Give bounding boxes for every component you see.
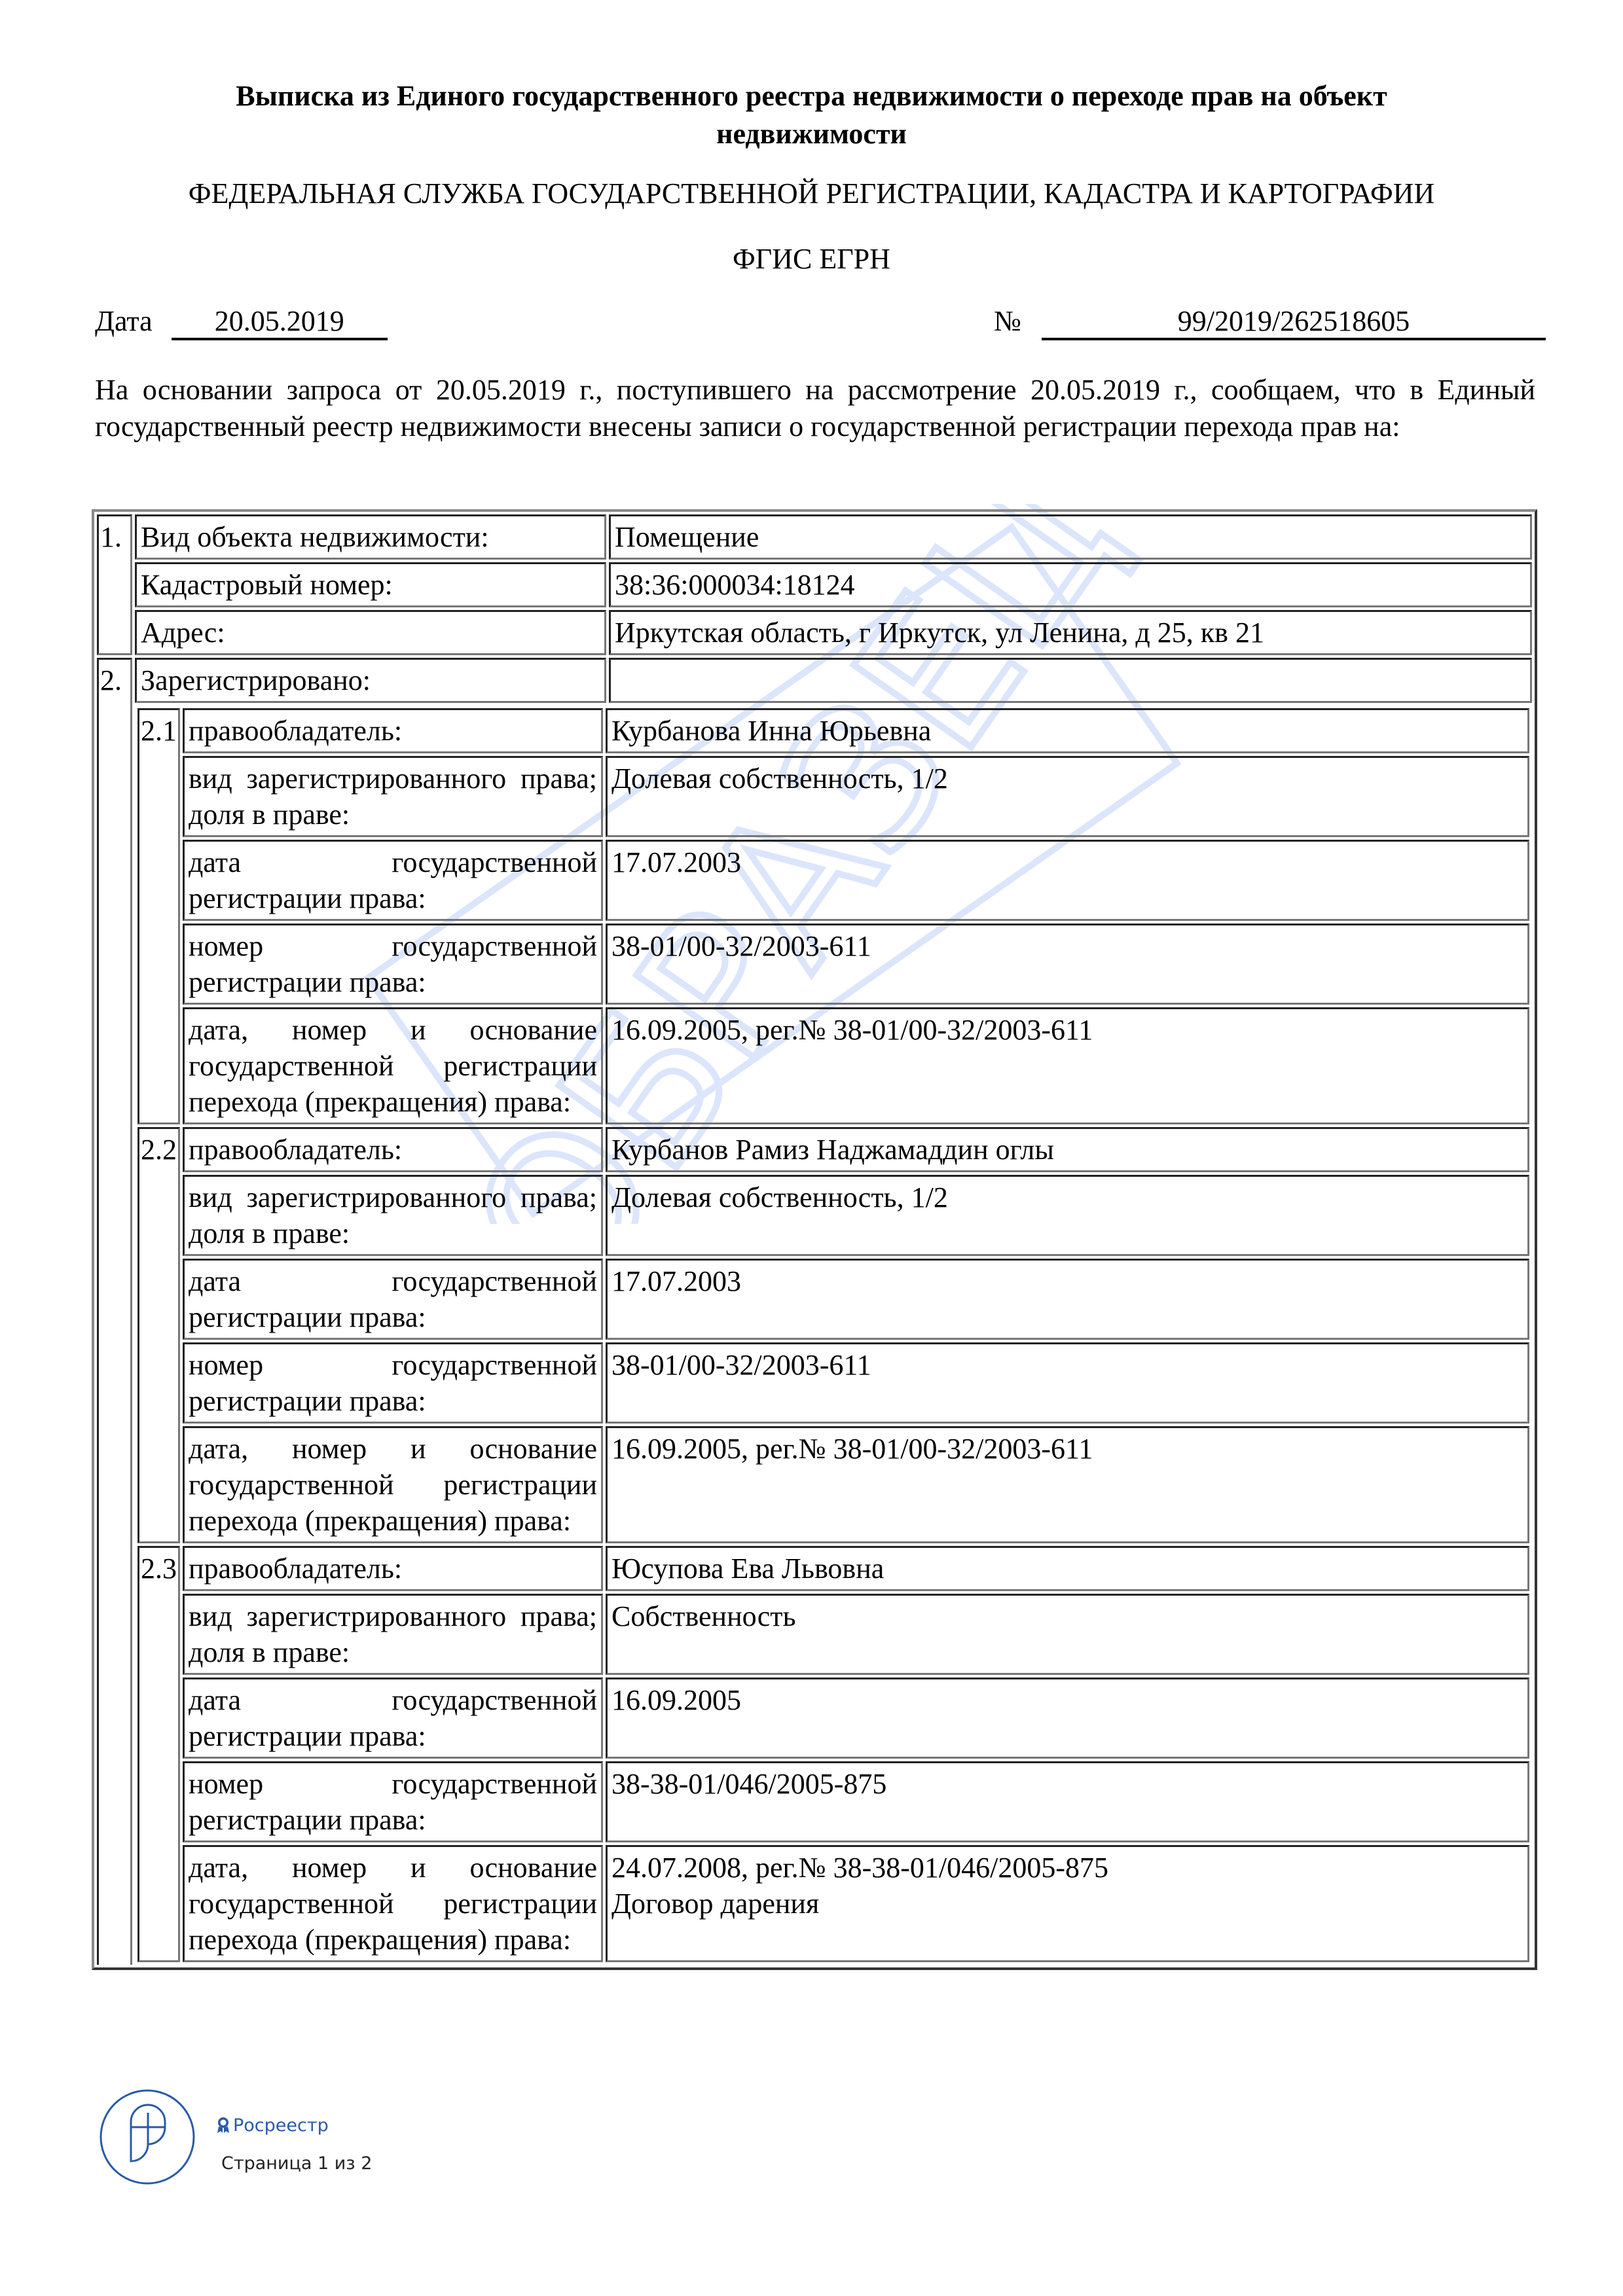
row-label: Кадастровый номер:	[135, 562, 606, 607]
row-value: 24.07.2008, рег.№ 38-38-01/046/2005-875Д…	[606, 1845, 1529, 1962]
holder-number: 2.1	[137, 708, 180, 1124]
award-icon	[216, 2117, 230, 2134]
row-value-line: 24.07.2008, рег.№ 38-38-01/046/2005-875	[611, 1850, 1523, 1886]
row-value: Долевая собственность, 1/2	[606, 756, 1529, 837]
table-row: Адрес: Иркутская область, г Иркутск, ул …	[97, 610, 1532, 655]
row-value: 16.09.2005, рег.№ 38-01/00-32/2003-611	[606, 1426, 1529, 1543]
date-value: 20.05.2019	[172, 304, 388, 340]
row-value	[609, 658, 1532, 703]
row-label: правообладатель:	[183, 708, 603, 753]
table-row: 1. Вид объекта недвижимости: Помещение	[97, 514, 1532, 560]
row-label: Вид объекта недвижимости:	[135, 514, 606, 560]
date-field: Дата 20.05.2019	[95, 304, 388, 340]
row-value: 16.09.2005, рег.№ 38-01/00-32/2003-611	[606, 1007, 1529, 1124]
number-field: № 99/2019/262518605	[994, 304, 1546, 340]
row-label: вид зарегистрированного права; доля в пр…	[183, 756, 603, 837]
date-label: Дата	[95, 305, 153, 337]
holder-row: 2.1 правообладатель: Курбанова Инна Юрье…	[137, 708, 1529, 753]
row-label: дата государственной регистрации права:	[183, 1677, 603, 1759]
brand-name: Росреестр	[233, 2115, 329, 2136]
page-bottom-margin	[0, 2062, 1623, 2296]
title-line-2: недвижимости	[0, 115, 1623, 153]
holder-row: 2.2 правообладатель: Курбанов Рамиз Надж…	[137, 1127, 1529, 1172]
section-number: 2.	[97, 658, 132, 1965]
row-value: 16.09.2005	[606, 1677, 1529, 1759]
number-value: 99/2019/262518605	[1042, 304, 1546, 340]
row-value-line: Договор дарения	[611, 1886, 1523, 1922]
row-label: дата государственной регистрации права:	[183, 840, 603, 921]
row-label: вид зарегистрированного права; доля в пр…	[183, 1175, 603, 1256]
row-value: Иркутская область, г Иркутск, ул Ленина,…	[609, 610, 1532, 655]
rights-table: 1. Вид объекта недвижимости: Помещение К…	[92, 509, 1537, 1970]
row-value: Юсупова Ева Львовна	[606, 1546, 1529, 1591]
row-value: 38-38-01/046/2005-875	[606, 1761, 1529, 1842]
row-value: 38:36:000034:18124	[609, 562, 1532, 607]
row-label: дата, номер и основание государственной …	[183, 1007, 603, 1124]
row-label: дата, номер и основание государственной …	[183, 1426, 603, 1543]
holder-number: 2.2	[137, 1127, 180, 1543]
row-value: 38-01/00-32/2003-611	[606, 924, 1529, 1005]
row-label: дата, номер и основание государственной …	[183, 1845, 603, 1962]
section-number: 1.	[97, 514, 132, 655]
table-row: Кадастровый номер: 38:36:000034:18124	[97, 562, 1532, 607]
page-number: Страница 1 из 2	[221, 2153, 372, 2174]
row-label: номер государственной регистрации права:	[183, 924, 603, 1005]
number-label: №	[994, 305, 1021, 337]
row-value: 17.07.2003	[606, 840, 1529, 921]
row-value: 17.07.2003	[606, 1259, 1529, 1340]
row-value: Долевая собственность, 1/2	[606, 1175, 1529, 1256]
organization-name: ФЕДЕРАЛЬНАЯ СЛУЖБА ГОСУДАРСТВЕННОЙ РЕГИС…	[0, 177, 1623, 210]
row-value: Курбанов Рамиз Наджамаддин оглы	[606, 1127, 1529, 1172]
table-row: 2. Зарегистрировано:	[97, 658, 1532, 703]
system-name: ФГИС ЕГРН	[0, 242, 1623, 276]
rosreestr-logo-icon	[98, 2088, 196, 2186]
intro-paragraph: На основании запроса от 20.05.2019 г., п…	[95, 372, 1535, 445]
row-label: Адрес:	[135, 610, 606, 655]
row-value: Собственность	[606, 1594, 1529, 1675]
row-value: Курбанова Инна Юрьевна	[606, 708, 1529, 753]
row-label: правообладатель:	[183, 1546, 603, 1591]
row-label: правообладатель:	[183, 1127, 603, 1172]
holders-container: 2.1 правообладатель: Курбанова Инна Юрье…	[135, 706, 1532, 1965]
row-value-line: 16.09.2005, рег.№ 38-01/00-32/2003-611	[611, 1431, 1523, 1467]
row-label: Зарегистрировано:	[135, 658, 606, 703]
title-line-1: Выписка из Единого государственного реес…	[0, 77, 1623, 115]
holders-table: 2.1 правообладатель: Курбанова Инна Юрье…	[135, 706, 1532, 1965]
row-value: Помещение	[609, 514, 1532, 560]
row-value: 38-01/00-32/2003-611	[606, 1342, 1529, 1424]
row-label: номер государственной регистрации права:	[183, 1342, 603, 1424]
row-label: номер государственной регистрации права:	[183, 1761, 603, 1842]
row-label: дата государственной регистрации права:	[183, 1259, 603, 1340]
document-title: Выписка из Единого государственного реес…	[0, 77, 1623, 153]
brand-line: Росреестр	[216, 2115, 329, 2136]
row-value-line: 16.09.2005, рег.№ 38-01/00-32/2003-611	[611, 1012, 1523, 1048]
row-label: вид зарегистрированного права; доля в пр…	[183, 1594, 603, 1675]
holder-row: 2.3 правообладатель: Юсупова Ева Львовна	[137, 1546, 1529, 1591]
holder-number: 2.3	[137, 1546, 180, 1962]
